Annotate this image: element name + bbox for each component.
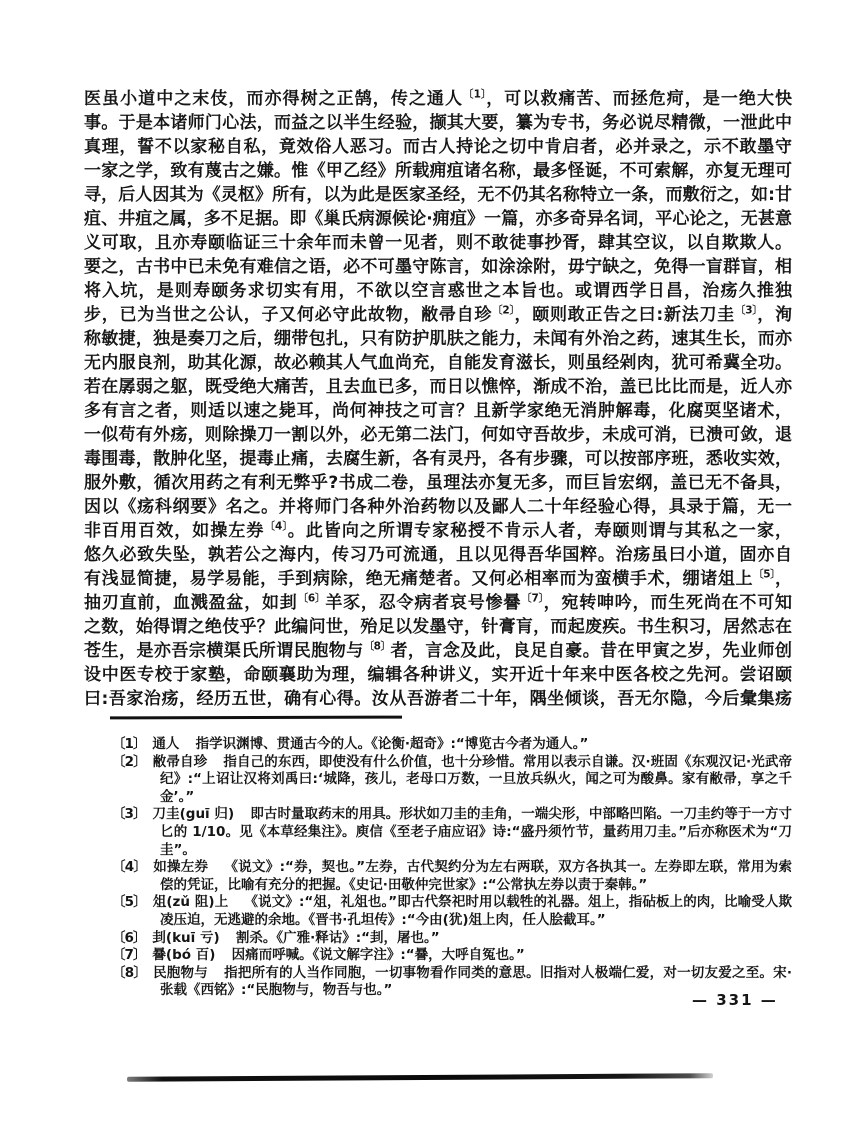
text-line: 苍生，是亦吾宗横渠氏所谓民胞物与〔8〕者，言念及此，良足自豪。昔在甲寅之岁，先业… [84, 639, 792, 663]
text-line: 事。于是本诸师门心法，而益之以半生经验，撷其大要，纂为专书，务必说尽精微，一泄此… [84, 111, 792, 135]
footnote-term: 民胞物与 [153, 965, 208, 981]
text-line: 服外敷，循次用药之有利无弊乎?书成二卷，虽理法亦复无多，而巨旨宏纲，盖已无不备具… [84, 471, 792, 495]
footnote-ref: 〔3〕 [735, 304, 757, 316]
text-line: 寻，后人因其为《灵枢》所有，以为此是医家圣经，无不仍其名称特立一条，而敷衍之，如… [84, 183, 792, 207]
text-line: 疽、井疽之属，多不足据。即《巢氏病源候论·痈疽》一篇，亦多奇异名词，平心论之，无… [84, 207, 792, 231]
text-line: 一家之学，致有蔑古之嫌。惟《甲乙经》所载痈疽诸名称，最多怪诞，不可索解，亦复无理… [84, 159, 792, 183]
text-line: 无内服良剂，助其化源，故必赖其人气血尚充，自能发育滋长，则虽经剁肉，犹可希冀全功… [84, 351, 792, 375]
footnote-ref: 〔4〕 [264, 520, 287, 532]
text-line: 将入坑，是则寿颐务求切实有用，不欲以空言惑世之本旨也。或谓西学日昌，治疡久推独 [84, 279, 792, 303]
footnote-term: 如操左券 [153, 859, 208, 875]
scan-artifact-line [127, 1073, 713, 1082]
footnote-term: 刀圭(guī 归) [153, 806, 235, 822]
footnote-item: 〔7〕謈(bó 百)因痛而呼喊。《说文解字注》:“謈，大呼自冤也。” [112, 947, 792, 965]
text-line: 医虽小道中之末伎，而亦得树之正鹄，传之通人〔1〕，可以救痛苦、而拯危疴，是一绝大… [84, 87, 792, 111]
footnote-item: 〔8〕民胞物与指把所有的人当作同胞，一切事物看作同类的意思。旧指对人极端仁爱，对… [112, 965, 792, 1000]
footnote-item: 〔4〕如操左券《说文》:“券，契也。”左券，古代契约分为左右两联，双方各执其一。… [112, 859, 792, 894]
text-line: 称敏捷，独是奏刀之后，绷带包扎，只有防护肌肤之能力，未闻有外治之药，速其生长，而… [84, 327, 792, 351]
footnote-text: 即古时量取药末的用具。形状如刀圭的圭角，一端尖形，中部略凹陷。一刀圭约等于一方寸… [160, 806, 792, 857]
footnote-term: 謈(bó 百) [152, 947, 215, 963]
text-line: 一似苟有外疡，则除操刀一割以外，必无第二法门，何如守吾故步，未成可消，已溃可敛，… [84, 423, 792, 447]
text-line: 设中医专校于家塾，命颐襄助为理，编辑各种讲义，实开近十年来中医各校之先河。尝诏颐 [84, 663, 792, 687]
footnote-text: 割杀。《广雅·释诂》:“刲，屠也。” [236, 930, 440, 946]
footnote-ref: 〔6〕 [298, 592, 326, 604]
footnote-ref: 〔8〕 [364, 640, 391, 652]
footnote-term: 通人 [152, 736, 179, 752]
main-text: 医虽小道中之末伎，而亦得树之正鹄，传之通人〔1〕，可以救痛苦、而拯危疴，是一绝大… [84, 87, 792, 711]
text-line: 义可取，且亦寿颐临证三十余年而未曾一见者，则不敢徒事抄胥，肆其空议，以自欺欺人。 [84, 231, 792, 255]
footnote-text: 指学识渊博、贯通古今的人。《论衡·超奇》:“博览古今者为通人。” [196, 736, 589, 752]
footnote-marker: 〔7〕 [112, 947, 145, 963]
text-line: 要之，古书中已未免有难信之语，必不可墨守陈言，如涂涂附，毋宁缺之，免得一盲群盲，… [84, 255, 792, 279]
footnote-text: 指自己的东西，即使没有什么价值，也十分珍惜。常用以表示自谦。汉·班固《东观汉记·… [160, 754, 792, 805]
footnote-ref: 〔1〕 [463, 88, 486, 100]
text-line: 若在孱弱之躯，既受绝大痛苦，且去血已多，而日以憔悴，渐成不治，盖已比比而是，近人… [84, 375, 792, 399]
footnote-text: 因痛而呼喊。《说文解字注》:“謈，大呼自冤也。” [232, 947, 525, 963]
text-line: 真理，誓不以家秘自私，竟效俗人恶习。而古人持论之切中肯启者，必并录之，示不敢墨守 [84, 135, 792, 159]
footnote-item: 〔1〕通人指学识渊博、贯通古今的人。《论衡·超奇》:“博览古今者为通人。” [112, 736, 792, 754]
text-line: 曰:吾家治疡，经历五世，确有心得。汝从吾游者二十年，隅坐倾谈，吾无尔隐，今后彙集… [84, 687, 792, 711]
footnote-marker: 〔5〕 [112, 894, 146, 910]
footnote-marker: 〔2〕 [112, 754, 146, 770]
footnote-text: 《说文》:“券，契也。”左券，古代契约分为左右两联，双方各执其一。左券即左联，常… [160, 859, 792, 893]
footnote-marker: 〔8〕 [112, 965, 146, 981]
text-line: 非百用百效，如操左券〔4〕。此皆向之所谓专家秘授不肯示人者，寿颐则谓与其私之一家… [84, 519, 792, 543]
footnote-divider-rule [110, 716, 402, 720]
footnote-marker: 〔3〕 [112, 806, 146, 822]
page-number: — 331 — [692, 991, 778, 1009]
footnote-ref: 〔7〕 [521, 592, 543, 604]
footnote-term: 刲(kuī 亏) [152, 930, 219, 946]
footnote-term: 俎(zǔ 阻)上 [153, 894, 229, 910]
scanned-book-page: 医虽小道中之末伎，而亦得树之正鹄，传之通人〔1〕，可以救痛苦、而拯危疴，是一绝大… [0, 0, 866, 1122]
footnote-item: 〔5〕俎(zǔ 阻)上《说文》:“俎，礼俎也。”即古代祭祀时用以载牲的礼器。俎上… [112, 894, 792, 929]
footnote-marker: 〔4〕 [112, 859, 146, 875]
footnote-text: 《说文》:“俎，礼俎也。”即古代祭祀时用以载牲的礼器。俎上，指砧板上的肉，比喻受… [160, 894, 792, 928]
footnote-ref: 〔5〕 [753, 568, 775, 580]
footnote-list: 〔1〕通人指学识渊博、贯通古今的人。《论衡·超奇》:“博览古今者为通人。”〔2〕… [112, 736, 792, 1000]
text-line: 有浅显简捷，易学易能，手到病除，绝无痛楚者。又何必相率而为蛮横手术，绷诸俎上〔5… [84, 567, 792, 591]
footnote-term: 敝帚自珍 [153, 754, 207, 770]
text-line: 抽刃直前，血溅盈盆，如刲〔6〕羊豕，忍令病者哀号惨謈〔7〕，宛转呻吟，而生死尚在… [84, 591, 792, 615]
text-line: 毒围毒，散肿化坚，提毒止痛，去腐生新，各有灵丹，各有步骤，可以按部序班，悉收实效… [84, 447, 792, 471]
footnote-marker: 〔6〕 [112, 930, 145, 946]
text-line: 步，已为当世之公认，子又何必守此故物，敝帚自珍〔2〕，颐则敢正告之曰:新法刀圭〔… [84, 303, 792, 327]
text-line: 之数，始得谓之绝伎乎？此编问世，殆足以发墨守，针膏肓，而起废疾。书生积习，居然志… [84, 615, 792, 639]
footnote-item: 〔2〕敝帚自珍指自己的东西，即使没有什么价值，也十分珍惜。常用以表示自谦。汉·班… [112, 754, 792, 807]
footnote-ref: 〔2〕 [492, 304, 514, 316]
text-line: 多有言之者，则适以速之毙耳，尚何神技之可言？且新学家绝无消肿解毒，化腐耎坚诸术， [84, 399, 792, 423]
text-line: 悠久必致失坠，孰若公之海内，传习乃可流通，且以见得吾华国粹。治疡虽曰小道，固亦自 [84, 543, 792, 567]
footnote-item: 〔6〕刲(kuī 亏)割杀。《广雅·释诂》:“刲，屠也。” [112, 930, 792, 948]
footnote-marker: 〔1〕 [112, 736, 145, 752]
text-line: 因以《疡科纲要》名之。并将师门各种外治药物以及鄙人二十年经验心得，具录于篇，无一 [84, 495, 792, 519]
footnote-item: 〔3〕刀圭(guī 归)即古时量取药末的用具。形状如刀圭的圭角，一端尖形，中部略… [112, 806, 792, 859]
